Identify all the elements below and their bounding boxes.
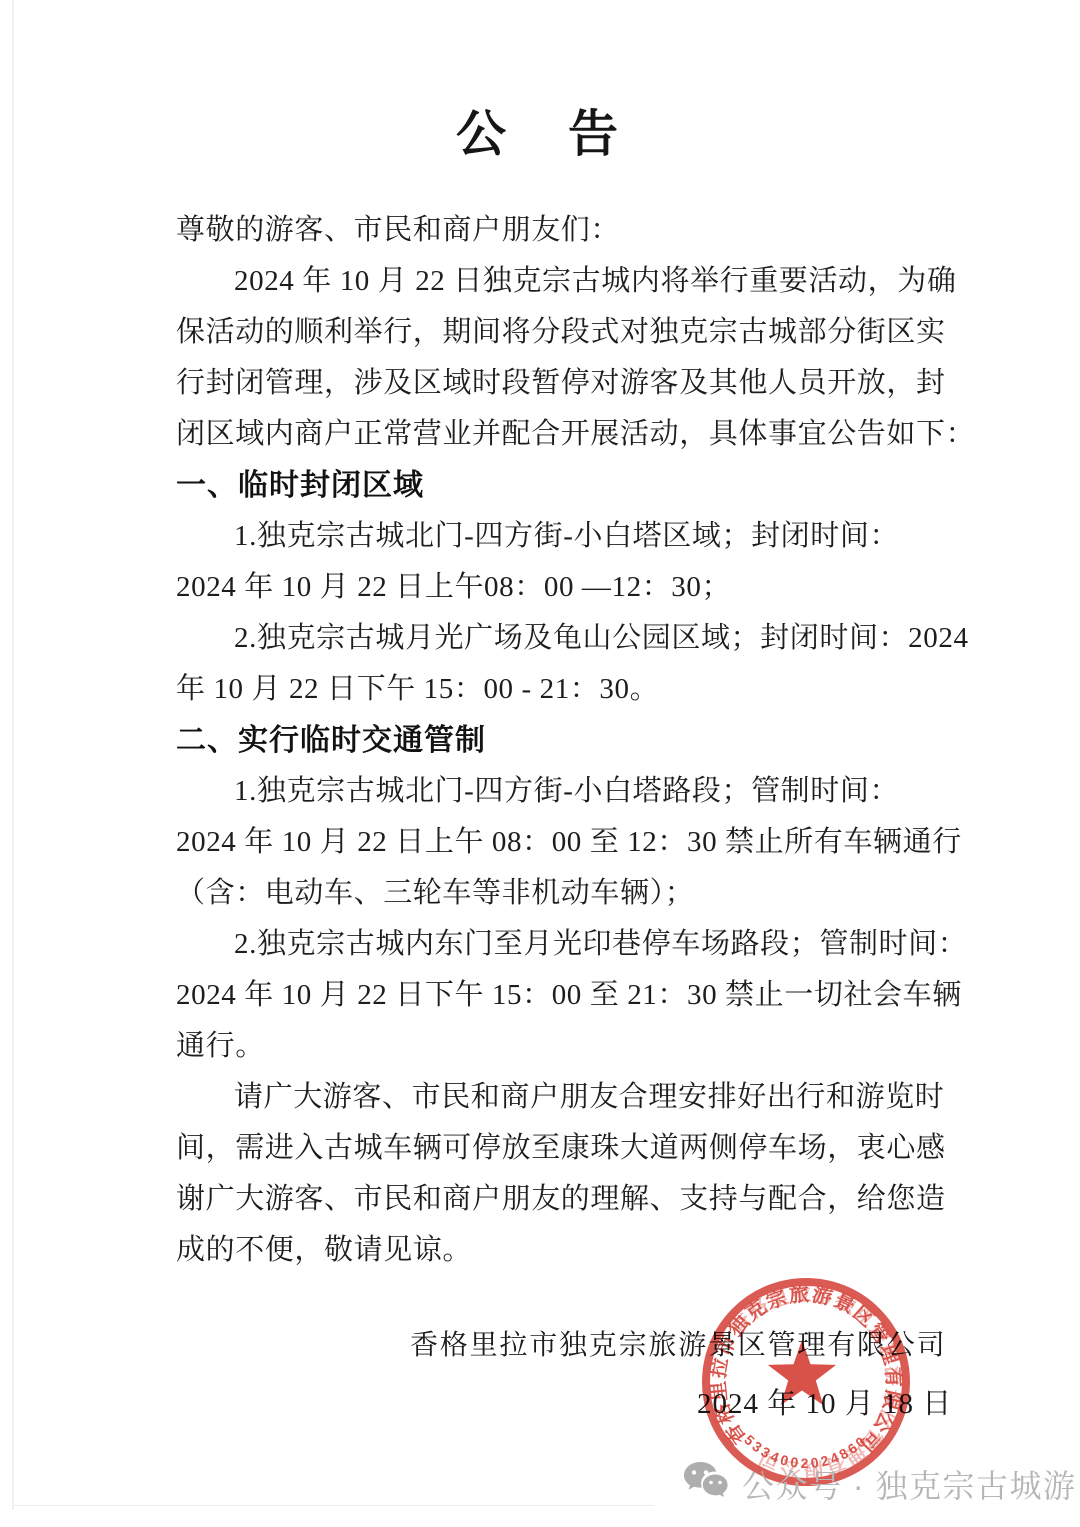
section-heading-1: 一、临时封闭区域 [176,460,948,511]
announcement-document: 公 告 尊敬的游客、市民和商户朋友们： 2024 年 10 月 22 日独克宗古… [0,0,1080,1527]
doc-line: 1.独克宗古城北门-四方街-小白塔区域；封闭时间： [176,511,948,562]
doc-line: 2.独克宗古城月光广场及龟山公园区域；封闭时间：2024 [176,613,948,664]
watermark-footer: 公众号 · 独克宗古城游 [682,1460,1076,1507]
doc-line: 通行。 [176,1021,948,1072]
scan-edge-artifact [12,0,14,1510]
doc-line: 2.独克宗古城内东门至月光印巷停车场路段；管制时间： [176,919,948,970]
section-heading-2: 二、实行临时交通管制 [176,715,948,766]
signature-date: 2024 年 10 月 18 日 [697,1384,952,1424]
doc-line: 2024 年 10 月 22 日下午 15：00 至 21：30 禁止一切社会车… [176,970,948,1021]
doc-line: 谢广大游客、市民和商户朋友的理解、支持与配合，给您造 [176,1174,948,1225]
doc-line: 2024 年 10 月 22 日独克宗古城内将举行重要活动，为确 [176,256,948,307]
doc-line: 请广大游客、市民和商户朋友合理安排好出行和游览时 [176,1072,948,1123]
doc-line: 间，需进入古城车辆可停放至康珠大道两侧停车场，衷心感 [176,1123,948,1174]
doc-line: （含：电动车、三轮车等非机动车辆）； [176,868,948,919]
doc-line: 闭区域内商户正常营业并配合开展活动，具体事宜公告如下： [176,409,948,460]
doc-line: 年 10 月 22 日下午 15：00 - 21：30。 [176,664,948,715]
salutation-line: 尊敬的游客、市民和商户朋友们： [176,205,948,256]
doc-line: 2024 年 10 月 22 日上午 08：00 至 12：30 禁止所有车辆通… [176,817,948,868]
document-body: 尊敬的游客、市民和商户朋友们： 2024 年 10 月 22 日独克宗古城内将举… [176,205,948,1276]
doc-line: 2024 年 10 月 22 日上午08：00 —12：30； [176,562,948,613]
doc-line: 1.独克宗古城北门-四方街-小白塔路段；管制时间： [176,766,948,817]
watermark-text: 公众号 · 独克宗古城游 [742,1461,1076,1507]
seal-ring [706,1282,906,1482]
signature-company: 香格里拉市独克宗旅游景区管理有限公司 [410,1326,946,1366]
seal-arc-text: 香格里拉市独克宗旅游景区管理有限公司 [706,1282,907,1458]
doc-line: 成的不便，敬请见谅。 [176,1225,948,1276]
wechat-icon [682,1460,730,1507]
svg-text:香格里拉市独克宗旅游景区管理有限公司: 香格里拉市独克宗旅游景区管理有限公司 [706,1282,907,1458]
scan-bottom-artifact [14,1505,654,1506]
page-title: 公 告 [0,94,1080,166]
doc-line: 行封闭管理，涉及区域时段暂停对游客及其他人员开放，封 [176,358,948,409]
doc-line: 保活动的顺利举行，期间将分段式对独克宗古城部分街区实 [176,307,948,358]
